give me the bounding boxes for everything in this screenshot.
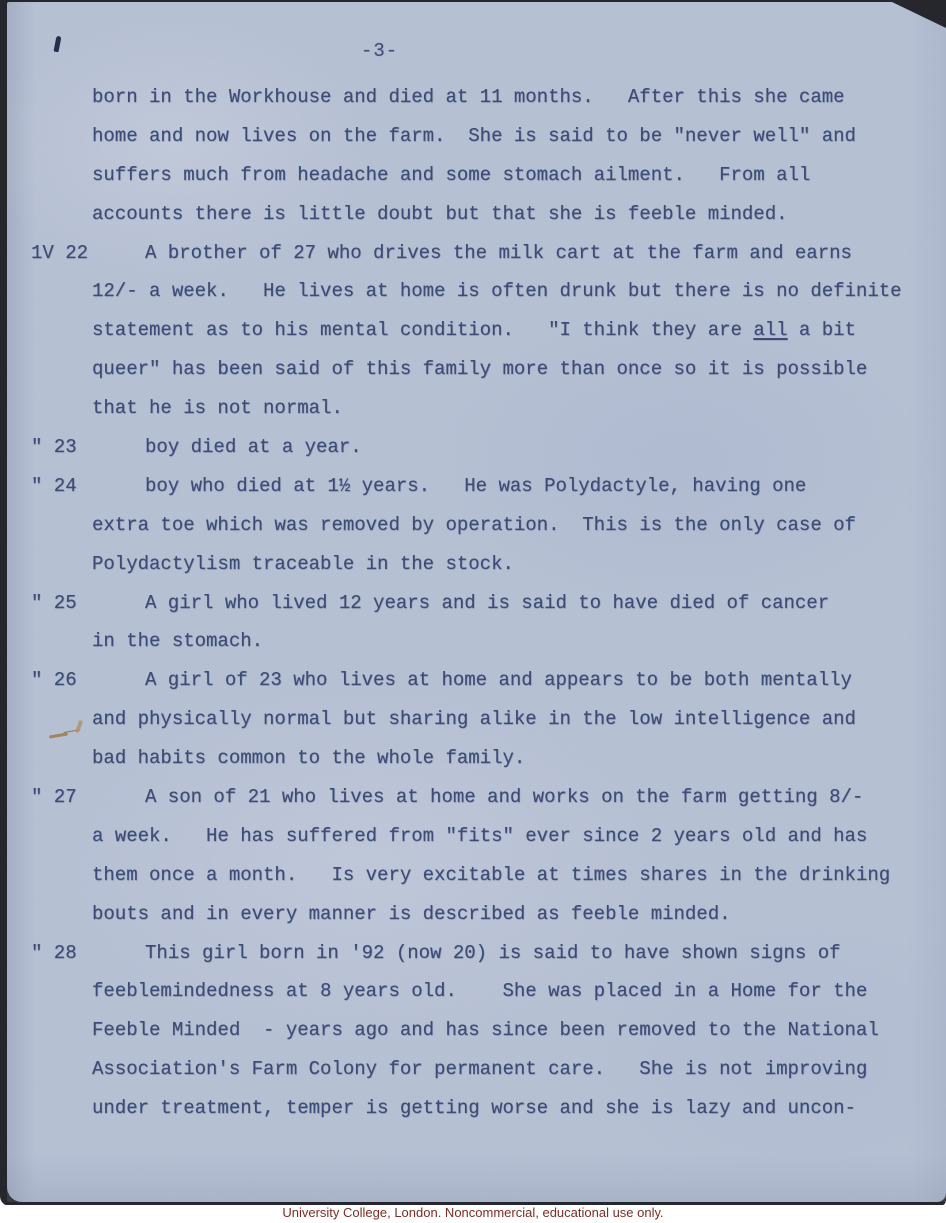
line-text: boy who died at 1½ years. He was Polydac… — [145, 467, 806, 506]
text-line: " 23boy died at a year. — [7, 428, 946, 467]
text-line: in the stomach. — [7, 622, 946, 661]
text-line: " 24boy who died at 1½ years. He was Pol… — [7, 467, 946, 506]
text-line: " 27A son of 21 who lives at home and wo… — [7, 778, 946, 817]
pencil-stroke — [75, 720, 83, 734]
line-text: A girl who lived 12 years and is said to… — [145, 584, 829, 623]
text-line: Polydactylism traceable in the stock. — [7, 545, 946, 584]
text-line: that he is not normal. — [7, 389, 946, 428]
line-text: under treatment, temper is getting worse… — [92, 1089, 856, 1128]
line-text: accounts there is little doubt but that … — [92, 195, 788, 234]
line-text: suffers much from headache and some stom… — [92, 156, 810, 195]
line-text: Association's Farm Colony for permanent … — [92, 1050, 867, 1089]
line-text: Feeble Minded - years ago and has since … — [92, 1011, 879, 1050]
text-line: " 25A girl who lived 12 years and is sai… — [7, 584, 946, 623]
line-text: boy died at a year. — [145, 428, 362, 467]
text-line: under treatment, temper is getting worse… — [7, 1089, 946, 1128]
line-text: queer" has been said of this family more… — [92, 350, 867, 389]
text-line: accounts there is little doubt but that … — [7, 195, 946, 234]
line-text: them once a month. Is very excitable at … — [92, 856, 890, 895]
text-line: extra toe which was removed by operation… — [7, 506, 946, 545]
paper-sheet: -3- born in the Workhouse and died at 11… — [7, 2, 946, 1202]
text-line: bad habits common to the whole family. — [7, 739, 946, 778]
line-text: extra toe which was removed by operation… — [92, 506, 856, 545]
line-text: A girl of 23 who lives at home and appea… — [145, 661, 852, 700]
margin-label: " 28 — [31, 934, 77, 973]
line-text: feeblemindedness at 8 years old. She was… — [92, 972, 867, 1011]
text-line: born in the Workhouse and died at 11 mon… — [7, 78, 946, 117]
line-text: bouts and in every manner is described a… — [92, 895, 731, 934]
line-text: A brother of 27 who drives the milk cart… — [145, 234, 852, 273]
text-line: Association's Farm Colony for permanent … — [7, 1050, 946, 1089]
pen-tick-mark — [54, 36, 62, 53]
text-line: 1V 22A brother of 27 who drives the milk… — [7, 234, 946, 273]
line-text: home and now lives on the farm. She is s… — [92, 117, 856, 156]
pencil-margin-mark — [45, 714, 105, 754]
margin-label: 1V 22 — [31, 234, 88, 273]
line-text: born in the Workhouse and died at 11 mon… — [92, 78, 845, 117]
footer-credit: University College, London. Noncommercia… — [0, 1205, 946, 1223]
typewritten-text-block: born in the Workhouse and died at 11 mon… — [7, 78, 946, 1128]
margin-label: " 24 — [31, 467, 77, 506]
text-line: queer" has been said of this family more… — [7, 350, 946, 389]
text-line: statement as to his mental condition. "I… — [7, 311, 946, 350]
text-line: bouts and in every manner is described a… — [7, 895, 946, 934]
text-line: home and now lives on the farm. She is s… — [7, 117, 946, 156]
text-line: " 26A girl of 23 who lives at home and a… — [7, 661, 946, 700]
line-text: A son of 21 who lives at home and works … — [145, 778, 863, 817]
text-line: " 28This girl born in '92 (now 20) is sa… — [7, 934, 946, 973]
text-line: suffers much from headache and some stom… — [7, 156, 946, 195]
line-text: and physically normal but sharing alike … — [92, 700, 856, 739]
line-text: statement as to his mental condition. "I… — [92, 311, 856, 350]
text-line: and physically normal but sharing alike … — [7, 700, 946, 739]
line-text: 12/- a week. He lives at home is often d… — [92, 272, 902, 311]
line-text: Polydactylism traceable in the stock. — [92, 545, 514, 584]
pencil-stroke — [49, 732, 68, 738]
text-line: them once a month. Is very excitable at … — [7, 856, 946, 895]
line-text: that he is not normal. — [92, 389, 343, 428]
page-number: -3- — [361, 40, 398, 62]
margin-label: " 27 — [31, 778, 77, 817]
text-line: 12/- a week. He lives at home is often d… — [7, 272, 946, 311]
scanned-document-page: -3- born in the Workhouse and died at 11… — [0, 0, 946, 1223]
line-text: in the stomach. — [92, 622, 263, 661]
margin-label: " 25 — [31, 584, 77, 623]
line-text: a week. He has suffered from "fits" ever… — [92, 817, 867, 856]
line-text: bad habits common to the whole family. — [92, 739, 525, 778]
clipped-corner — [892, 2, 946, 28]
margin-label: " 23 — [31, 428, 77, 467]
text-line: feeblemindedness at 8 years old. She was… — [7, 972, 946, 1011]
margin-label: " 26 — [31, 661, 77, 700]
text-line: a week. He has suffered from "fits" ever… — [7, 817, 946, 856]
line-text: This girl born in '92 (now 20) is said t… — [145, 934, 841, 973]
text-line: Feeble Minded - years ago and has since … — [7, 1011, 946, 1050]
